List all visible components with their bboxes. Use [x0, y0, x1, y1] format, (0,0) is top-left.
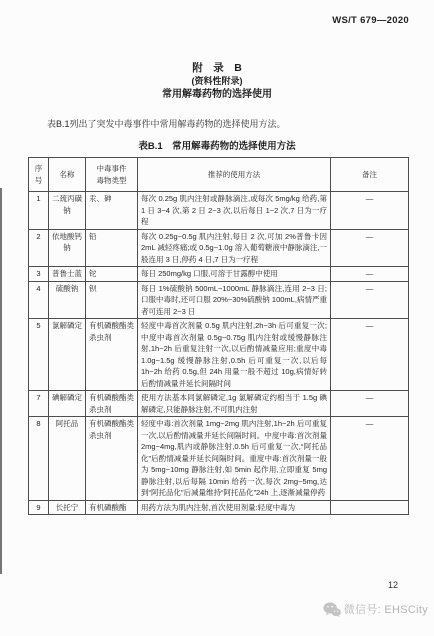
table-row: 7 碘解磷定 有机磷酸酯类杀虫剂 使用方法基本同氯解磷定,1g 氯解磷定约相当于… — [29, 391, 409, 417]
note-cell: — — [331, 229, 409, 267]
row-number: 4 — [29, 281, 49, 319]
usage-method: 每日 250mg/kg 口服,可溶于甘露醇中使用 — [138, 267, 331, 282]
table-row: 3 普鲁士蓝 铊 每日 250mg/kg 口服,可溶于甘露醇中使用 — — [29, 267, 409, 282]
usage-method: 用药方法为肌内注射,首次使用剂量:轻度中毒为 — [138, 500, 331, 515]
appendix-title: 附 录 B — [0, 61, 434, 75]
header-toxin-type: 中毒事件毒物类型 — [86, 158, 138, 192]
antidote-name: 二巯丙磺钠 — [49, 192, 86, 230]
toxin-type: 铊 — [86, 267, 138, 282]
usage-method: 每次 0.25g 肌内注射或静脉滴注,或每次 5mg/kg 给药,第 1 日 3… — [138, 192, 331, 230]
table-row: 5 氯解磷定 有机磷酸酯类杀虫剂 轻度中毒首次剂量 0.5g 肌内注射,2h~3… — [29, 319, 409, 391]
antidote-name: 阿托品 — [49, 417, 86, 501]
appendix-name: 常用解毒药物的选择使用 — [0, 88, 434, 102]
toxin-type: 有机磷酸酯类杀虫剂 — [86, 319, 138, 391]
table-header-row: 序号 名称 中毒事件毒物类型 推荐的使用方法 备注 — [29, 158, 409, 192]
row-number: 5 — [29, 319, 49, 391]
note-cell: — — [331, 267, 409, 282]
note-cell — [331, 500, 409, 515]
page-number: 12 — [388, 580, 398, 590]
intro-paragraph: 表B.1列出了突发中毒事件中常用解毒药物的选择使用方法。 — [47, 117, 286, 130]
row-number: 2 — [29, 229, 49, 267]
antidote-name: 硫酸钠 — [49, 281, 86, 319]
appendix-subtitle: (资料性附录) — [0, 75, 434, 88]
note-cell: — — [331, 391, 409, 417]
table-row: 8 阿托品 有机磷酸酯类杀虫剂 轻度中毒:首次剂量 1mg~2mg 肌内注射,1… — [29, 417, 409, 501]
antidote-name: 普鲁士蓝 — [49, 267, 86, 282]
usage-method: 使用方法基本同氯解磷定,1g 氯解磷定约相当于 1.5g 碘解磷定,只能静脉注射… — [138, 391, 331, 417]
row-number: 7 — [29, 391, 49, 417]
toxin-type: 有机磷酸酯 — [86, 500, 138, 515]
wechat-icon — [323, 602, 341, 617]
antidote-name: 氯解磷定 — [49, 319, 86, 391]
table-row: 4 硫酸钠 钡 每日 1%硫酸钠 500mL~1000mL 静脉滴注,连用 2~… — [29, 281, 409, 319]
antidote-name: 长托宁 — [49, 500, 86, 515]
antidote-name: 依地酸钙钠 — [49, 229, 86, 267]
table-row: 2 依地酸钙钠 铅 每次 0.25g~0.5g 肌内注射,每日 2 次,可加 2… — [29, 229, 409, 267]
table-row: 9 长托宁 有机磷酸酯 用药方法为肌内注射,首次使用剂量:轻度中毒为 — [29, 500, 409, 515]
watermark-label: 微信号: EHSCity — [344, 601, 428, 617]
note-cell: — — [331, 417, 409, 501]
row-number: 9 — [29, 500, 49, 515]
header-note: 备注 — [331, 158, 409, 192]
toxin-type: 有机磷酸酯类杀虫剂 — [86, 417, 138, 501]
table-caption: 表B.1 常用解毒药物的选择使用方法 — [0, 138, 434, 152]
table-header: 序号 名称 中毒事件毒物类型 推荐的使用方法 备注 — [29, 158, 409, 192]
header-no: 序号 — [29, 158, 49, 192]
scan-edge-shadow — [0, 188, 2, 574]
note-cell: — — [331, 319, 409, 391]
header-method: 推荐的使用方法 — [138, 158, 331, 192]
appendix-title-block: 附 录 B (资料性附录) 常用解毒药物的选择使用 — [0, 61, 434, 102]
watermark: 微信号: EHSCity — [323, 601, 428, 617]
document-page: WS/T 679—2020 附 录 B (资料性附录) 常用解毒药物的选择使用 … — [0, 0, 434, 636]
note-cell: — — [331, 281, 409, 319]
usage-method: 每次 0.25g~0.5g 肌内注射,每日 2 次,可加 2%普鲁卡因 2mL … — [138, 229, 331, 267]
toxin-type: 铅 — [86, 229, 138, 267]
usage-method: 每日 1%硫酸钠 500mL~1000mL 静脉滴注,连用 2~3 日;口服中毒… — [138, 281, 331, 319]
usage-method: 轻度中毒:首次剂量 1mg~2mg 肌内注射,1h~2h 后可重复一次,以后酌情… — [138, 417, 331, 501]
note-cell: — — [331, 192, 409, 230]
antidote-name: 碘解磷定 — [49, 391, 86, 417]
row-number: 3 — [29, 267, 49, 282]
toxin-type: 有机磷酸酯类杀虫剂 — [86, 391, 138, 417]
usage-method: 轻度中毒首次剂量 0.5g 肌内注射,2h~3h 后可重复一次;中度中毒首次剂量… — [138, 319, 331, 391]
standard-code: WS/T 679—2020 — [332, 15, 409, 26]
toxin-type: 钡 — [86, 281, 138, 319]
toxin-type: 汞、砷 — [86, 192, 138, 230]
row-number: 1 — [29, 192, 49, 230]
header-name: 名称 — [49, 158, 86, 192]
row-number: 8 — [29, 417, 49, 501]
table-row: 1 二巯丙磺钠 汞、砷 每次 0.25g 肌内注射或静脉滴注,或每次 5mg/k… — [29, 192, 409, 230]
antidote-table: 序号 名称 中毒事件毒物类型 推荐的使用方法 备注 1 二巯丙磺钠 汞、砷 每次… — [28, 157, 409, 515]
